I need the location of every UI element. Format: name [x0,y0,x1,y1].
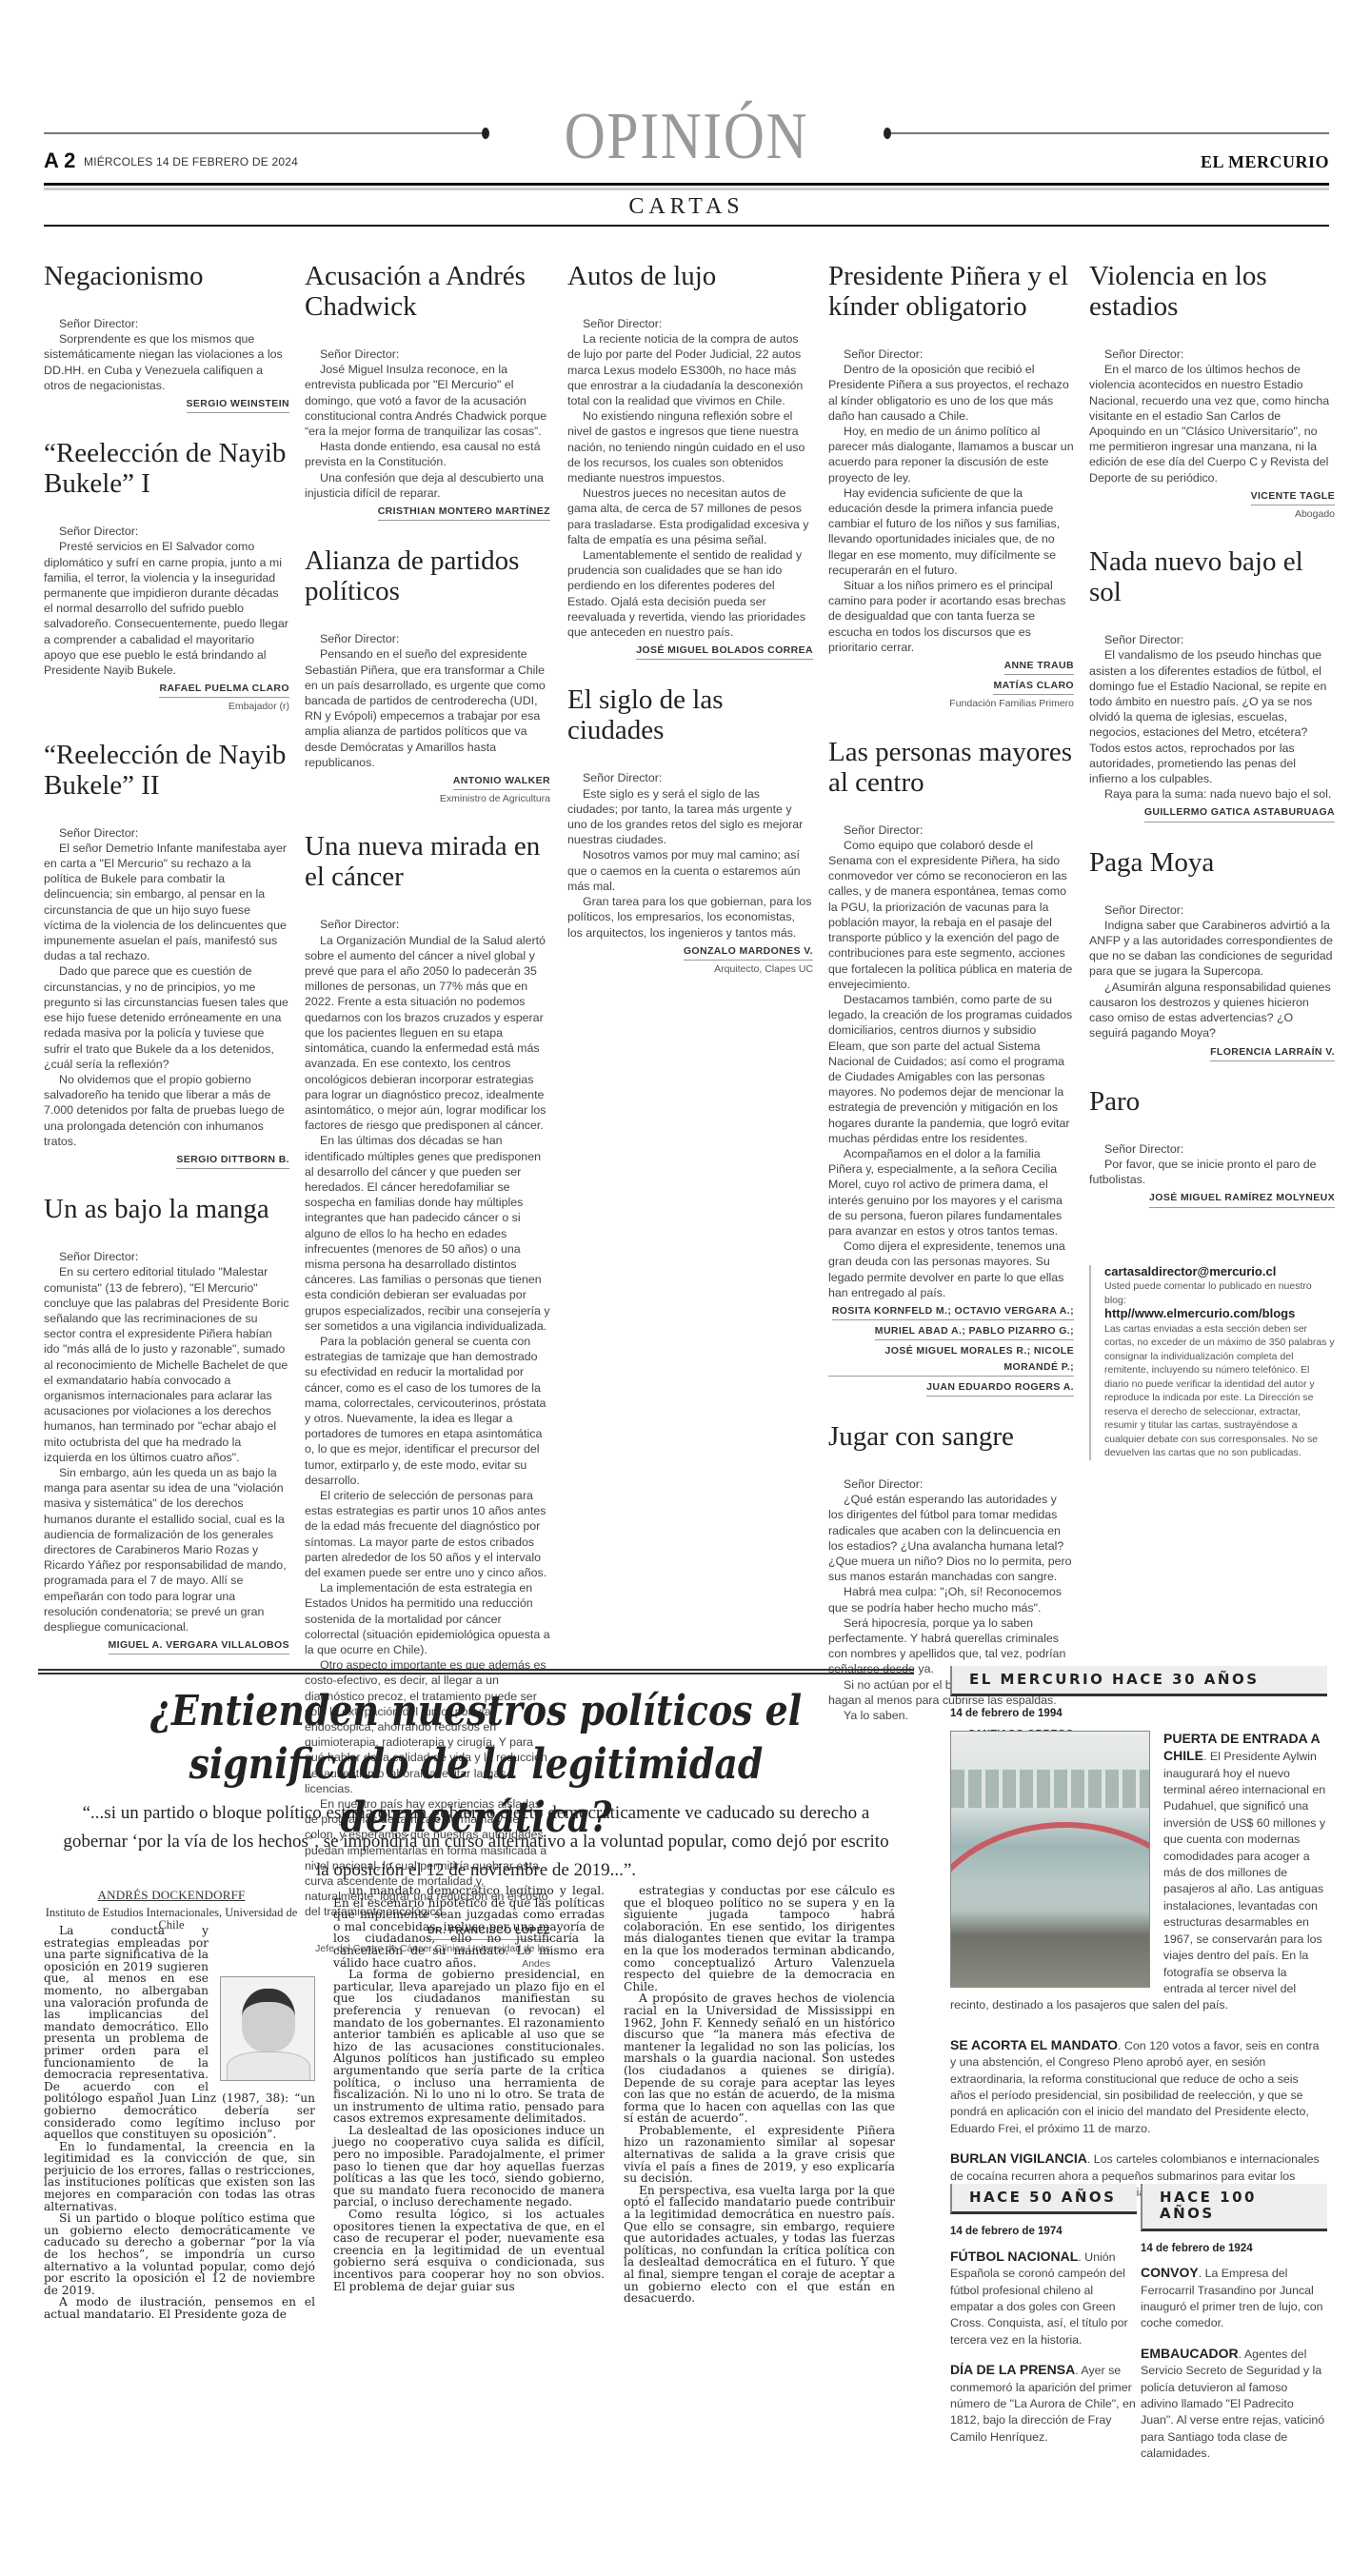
salutation: Señor Director: [828,347,1074,362]
letter: Presidente Piñera y el kínder obligatori… [828,261,1074,712]
letter-paragraph: Nosotros vamos por muy mal camino; así q… [567,847,813,894]
column-paragraph: estrategias y conductas por ese cálculo … [624,1885,895,1992]
salutation: Señor Director: [305,347,550,362]
signature: GUILLERMO GATICA ASTABURUAGA [1089,804,1335,822]
salutation: Señor Director: [1089,1141,1335,1157]
letter-title: Acusación a Andrés Chadwick [305,261,550,322]
column-text-3: estrategias y conductas por ese cálculo … [624,1885,895,2305]
signature-name: JOSÉ MIGUEL RAMÍREZ MOLYNEUX [1149,1190,1335,1207]
signature-name: GONZALO MARDONES V. [684,943,813,961]
letter-paragraph: Como equipo que colaboró desde el Senama… [828,838,1074,992]
salutation: Señor Director: [567,770,813,785]
letter-paragraph: En las últimas dos décadas se han identi… [305,1133,550,1334]
salutation: Señor Director: [305,917,550,932]
signature-name: ANNE TRAUB [1004,658,1074,675]
spacer [1089,822,1335,843]
masthead-rule-right [891,132,1329,134]
letter: Un as bajo la mangaSeñor Director:En su … [44,1169,289,1655]
ornament-dot-icon [884,128,891,139]
letter-title: Alianza de partidos políticos [305,545,550,606]
letter-paragraph: Dentro de la oposición que recibió el Pr… [828,362,1074,424]
column-text-2: un mandato democrático legítimo y legal.… [333,1885,605,2292]
hace-100-anos-box: HACE 100 AÑOS 14 de febrero de 1924 CONV… [1141,2184,1327,2463]
letter-paragraph: El señor Demetrio Infante manifestaba ay… [44,841,289,964]
letter-paragraph: Dado que parece que es cuestión de circu… [44,963,289,1071]
letter: Las personas mayores al centroSeñor Dire… [828,712,1074,1397]
letter-paragraph: Como dijera el expresidente, tenemos una… [828,1238,1074,1300]
spacer [44,413,289,434]
letter-title: Una nueva mirada en el cáncer [305,831,550,892]
signature: JOSÉ MIGUEL RAMÍREZ MOLYNEUX [1089,1190,1335,1207]
letter-paragraph: Una confesión que deja al descubierto un… [305,470,550,501]
signature-name: MATÍAS CLARO [993,678,1074,695]
spacer [44,1169,289,1190]
news-item: DÍA DE LA PRENSA. Ayer se conmemoró la a… [950,2362,1137,2446]
page-number: A 2 [44,149,75,173]
subsection-title: CARTAS [44,194,1329,220]
signature-name: JOSÉ MIGUEL MORALES R.; NICOLE MORANDÉ P… [828,1343,1074,1376]
airport-photo [950,1731,1150,1988]
column-paragraph: La forma de gobierno presidencial, en pa… [333,1969,605,2125]
signature-affiliation: Embajador (r) [44,699,289,714]
letter-paragraph: Sorprendente es que los mismos que siste… [44,331,289,393]
author-name: ANDRÉS DOCKENDORFF [38,1889,305,1901]
salutation: Señor Director: [305,631,550,646]
signature: SERGIO WEINSTEIN [44,396,289,413]
letter: ParoSeñor Director:Por favor, que se ini… [1089,1061,1335,1208]
divider [44,225,1329,227]
contact-email: cartasaldirector@mercurio.cl [1104,1264,1276,1278]
hace-50-anos-box: HACE 50 AÑOS 14 de febrero de 1974 FÚTBO… [950,2184,1137,2446]
spacer [44,715,289,736]
signature-name: FLORENCIA LARRAÍN V. [1210,1044,1335,1061]
letter-paragraph: Acompañamos en el dolor a la familia Piñ… [828,1146,1074,1238]
letter-title: Autos de lujo [567,261,813,291]
letter-paragraph: ¿Asumirán alguna responsabilidad quienes… [1089,980,1335,1041]
signature: ROSITA KORNFELD M.; OCTAVIO VERGARA A.; [828,1303,1074,1320]
salutation: Señor Director: [44,1249,289,1264]
spacer [1089,1061,1335,1082]
masthead: OPINIÓN A 2 MIÉRCOLES 14 DE FEBRERO DE 2… [44,95,1329,228]
letters-column-4: Presidente Piñera y el kínder obligatori… [828,257,1074,1760]
letter-title: Presidente Piñera y el kínder obligatori… [828,261,1074,322]
letter: El siglo de las ciudadesSeñor Director:E… [567,660,813,977]
signature: FLORENCIA LARRAÍN V. [1089,1044,1335,1061]
letter-title: Jugar con sangre [828,1421,1074,1452]
letter-paragraph: Hay evidencia suficiente de que la educa… [828,485,1074,578]
signature: VICENTE TAGLE [1089,488,1335,505]
signature-affiliation: Arquitecto, Clapes UC [567,961,813,977]
signature: MURIEL ABAD A.; PABLO PIZARRO G.; [828,1323,1074,1340]
spacer [828,1397,1074,1417]
blog-link[interactable]: http//www.elmercurio.com/blogs [1104,1306,1295,1320]
letter-title: Un as bajo la manga [44,1194,289,1224]
salutation: Señor Director: [44,316,289,331]
salutation: Señor Director: [828,822,1074,838]
letter: “Reelección de Nayib Bukele” IISeñor Dir… [44,715,289,1169]
spacer [1089,522,1335,543]
column-paragraph: En lo fundamental, la creencia en la leg… [44,2141,315,2213]
letter-paragraph: Presté servicios en El Salvador como dip… [44,539,289,678]
section-divider [38,1669,914,1674]
signature-name: SERGIO WEINSTEIN [187,396,290,413]
contact-box: cartasaldirector@mercurio.clUsted puede … [1089,1265,1335,1460]
section-title: OPINIÓN [140,99,1233,175]
spacer [828,712,1074,733]
letter-paragraph: En el marco de los últimos hechos de vio… [1089,362,1335,485]
box-date: 14 de febrero de 1924 [1141,2241,1327,2257]
news-item: CONVOY. La Empresa del Ferrocarril Trasa… [1141,2265,1327,2332]
letter-title: Negacionismo [44,261,289,291]
spacer [305,521,550,542]
salutation: Señor Director: [44,825,289,841]
signature-name: MURIEL ABAD A.; PABLO PIZARRO G.; [875,1323,1074,1340]
newspaper-brand: EL MERCURIO [1201,152,1329,172]
signature: RAFAEL PUELMA CLARO [44,681,289,698]
letter-paragraph: Sin embargo, aún les queda un as bajo la… [44,1465,289,1635]
news-item: EMBAUCADOR. Agentes del Servicio Secreto… [1141,2346,1327,2463]
signature: JUAN EDUARDO ROGERS A. [828,1379,1074,1397]
news-item: FÚTBOL NACIONAL. Unión Española se coron… [950,2249,1137,2348]
letter: NegacionismoSeñor Director:Sorprendente … [44,261,289,413]
letter-paragraph: Para la población general se cuenta con … [305,1334,550,1488]
signature-affiliation: Abogado [1089,506,1335,522]
letter: “Reelección de Nayib Bukele” ISeñor Dire… [44,413,289,714]
letter: Autos de lujoSeñor Director:La reciente … [567,261,813,660]
letter: Violencia en los estadiosSeñor Director:… [1089,261,1335,522]
letter-paragraph: Hasta donde entiendo, esa causal no está… [305,439,550,469]
letters-column-3: Autos de lujoSeñor Director:La reciente … [567,257,813,977]
edition-date: MIÉRCOLES 14 DE FEBRERO DE 2024 [84,155,298,168]
signature-name: JOSÉ MIGUEL BOLADOS CORREA [636,643,813,660]
column-paragraph: un mandato democrático legítimo y legal.… [333,1885,605,1969]
news-item: PUERTA DE ENTRADA A CHILE. El Presidente… [950,1731,1327,2014]
letter-paragraph: Por favor, que se inicie pronto el paro … [1089,1157,1335,1187]
signature: JOSÉ MIGUEL BOLADOS CORREA [567,643,813,660]
salutation: Señor Director: [1089,632,1335,647]
letters-column-1: NegacionismoSeñor Director:Sorprendente … [44,257,289,1655]
letter-paragraph: Pensando en el sueño del expresidente Se… [305,646,550,770]
signature-affiliation: Fundación Familias Primero [828,696,1074,711]
divider [44,188,1329,190]
spacer [567,660,813,681]
salutation: Señor Director: [1089,902,1335,918]
signature-name: ROSITA KORNFELD M.; OCTAVIO VERGARA A.; [832,1303,1074,1320]
salutation: Señor Director: [1089,347,1335,362]
signature: GONZALO MARDONES V. [567,943,813,961]
box-date: 14 de febrero de 1974 [950,2224,1137,2240]
box-header: HACE 50 AÑOS [950,2184,1137,2214]
letter-paragraph: La Organización Mundial de la Salud aler… [305,933,550,1134]
letter-title: “Reelección de Nayib Bukele” I [44,438,289,499]
signature-name: ANTONIO WALKER [453,773,550,790]
letter-title: “Reelección de Nayib Bukele” II [44,740,289,801]
letter-paragraph: Raya para la suma: nada nuevo bajo el so… [1089,786,1335,802]
news-item: SE ACORTA EL MANDATO. Con 120 votos a fa… [950,2028,1327,2137]
signature: CRISTHIAN MONTERO MARTÍNEZ [305,504,550,521]
salutation: Señor Director: [44,524,289,539]
letter-paragraph: La implementación de esta estrategia en … [305,1580,550,1657]
column-paragraph: A modo de ilustración, pensemos en el ac… [44,2296,315,2320]
letter-paragraph: La reciente noticia de la compra de auto… [567,331,813,408]
signature-name: GUILLERMO GATICA ASTABURUAGA [1144,804,1335,822]
letter-title: Nada nuevo bajo el sol [1089,546,1335,607]
author-photo [220,1976,315,2081]
letter: Nada nuevo bajo el solSeñor Director:El … [1089,522,1335,822]
signature-name: CRISTHIAN MONTERO MARTÍNEZ [378,504,550,521]
letter-title: Paga Moya [1089,847,1335,878]
letter-paragraph: Destacamos también, como parte de su leg… [828,992,1074,1146]
letter-paragraph: Situar a los niños primero es el princip… [828,578,1074,655]
letter-title: El siglo de las ciudades [567,684,813,745]
blog-intro: Usted puede comentar lo publicado en nue… [1104,1280,1312,1306]
letter-paragraph: Indigna saber que Carabineros advirtió a… [1089,918,1335,980]
salutation: Señor Director: [828,1476,1074,1492]
signature-name: SERGIO DITTBORN B. [176,1152,289,1169]
box-header: EL MERCURIO HACE 30 AÑOS [950,1666,1327,1696]
signature: ANTONIO WALKER [305,773,550,790]
signature-name: VICENTE TAGLE [1251,488,1335,505]
signature: JOSÉ MIGUEL MORALES R.; NICOLE MORANDÉ P… [828,1343,1074,1376]
letter-paragraph: José Miguel Insulza reconoce, en la entr… [305,362,550,439]
letter-paragraph: Nuestros jueces no necesitan autos de ga… [567,485,813,547]
column-paragraph: A propósito de graves hechos de violenci… [624,1992,895,2125]
letter-title: Las personas mayores al centro [828,737,1074,798]
column-text-1: La conducta y estrategias empleadas por … [44,1925,315,2563]
signature: ANNE TRAUB [828,658,1074,675]
letter-paragraph: No olvidemos que el propio gobierno salv… [44,1072,289,1149]
signature-affiliation: Exministro de Agricultura [305,791,550,806]
column-paragraph: En perspectiva, esa vuelta larga por la … [624,2185,895,2305]
box-date: 14 de febrero de 1994 [950,1706,1327,1722]
spacer [305,806,550,827]
signature: MATÍAS CLARO [828,678,1074,695]
letter-paragraph: Lamentablemente el sentido de realidad y… [567,547,813,640]
salutation: Señor Director: [567,316,813,331]
column-paragraph: Como resulta lógico, si los actuales opo… [333,2209,605,2292]
letter-paragraph: El criterio de selección de personas par… [305,1488,550,1580]
submission-policy: Las cartas enviadas a esta sección deben… [1104,1323,1335,1459]
column-paragraph: Probablemente, el expresidente Piñera hi… [624,2125,895,2185]
column-paragraph: Si un partido o bloque político estima q… [44,2212,315,2296]
letter: Acusación a Andrés ChadwickSeñor Directo… [305,261,550,521]
pull-quote: “...si un partido o bloque político esti… [57,1799,895,1885]
letter-title: Violencia en los estadios [1089,261,1335,322]
letter-paragraph: El vandalismo de los pseudo hinchas que … [1089,647,1335,786]
letter-paragraph: En su certero editorial titulado "Malest… [44,1264,289,1465]
letter-paragraph: Gran tarea para los que gobiernan, para … [567,894,813,941]
signature-name: RAFAEL PUELMA CLARO [159,681,289,698]
letter: Paga MoyaSeñor Director:Indigna saber qu… [1089,822,1335,1061]
column-paragraph: La deslealtad de las oposiciones induce … [333,2125,605,2209]
letter: Alianza de partidos políticosSeñor Direc… [305,521,550,806]
box-header: HACE 100 AÑOS [1141,2184,1327,2231]
letter-paragraph: Este siglo es y será el siglo de las ciu… [567,786,813,848]
divider [44,183,1329,186]
hace-30-anos-box: EL MERCURIO HACE 30 AÑOS 14 de febrero d… [950,1666,1327,2201]
signature: MIGUEL A. VERGARA VILLALOBOS [44,1637,289,1655]
letters-column-5: Violencia en los estadiosSeñor Director:… [1089,257,1335,1460]
letter-paragraph: Hoy, en medio de un ánimo político al pa… [828,424,1074,485]
signature: SERGIO DITTBORN B. [44,1152,289,1169]
signature-name: MIGUEL A. VERGARA VILLALOBOS [109,1637,289,1655]
letter-paragraph: Habrá mea culpa: "¡Oh, sí! Reconocemos q… [828,1584,1074,1615]
letter-paragraph: No existiendo ninguna reflexión sobre el… [567,408,813,485]
signature-name: JUAN EDUARDO ROGERS A. [926,1379,1074,1397]
letter-paragraph: ¿Qué están esperando las autoridades y l… [828,1492,1074,1584]
letter-title: Paro [1089,1086,1335,1117]
